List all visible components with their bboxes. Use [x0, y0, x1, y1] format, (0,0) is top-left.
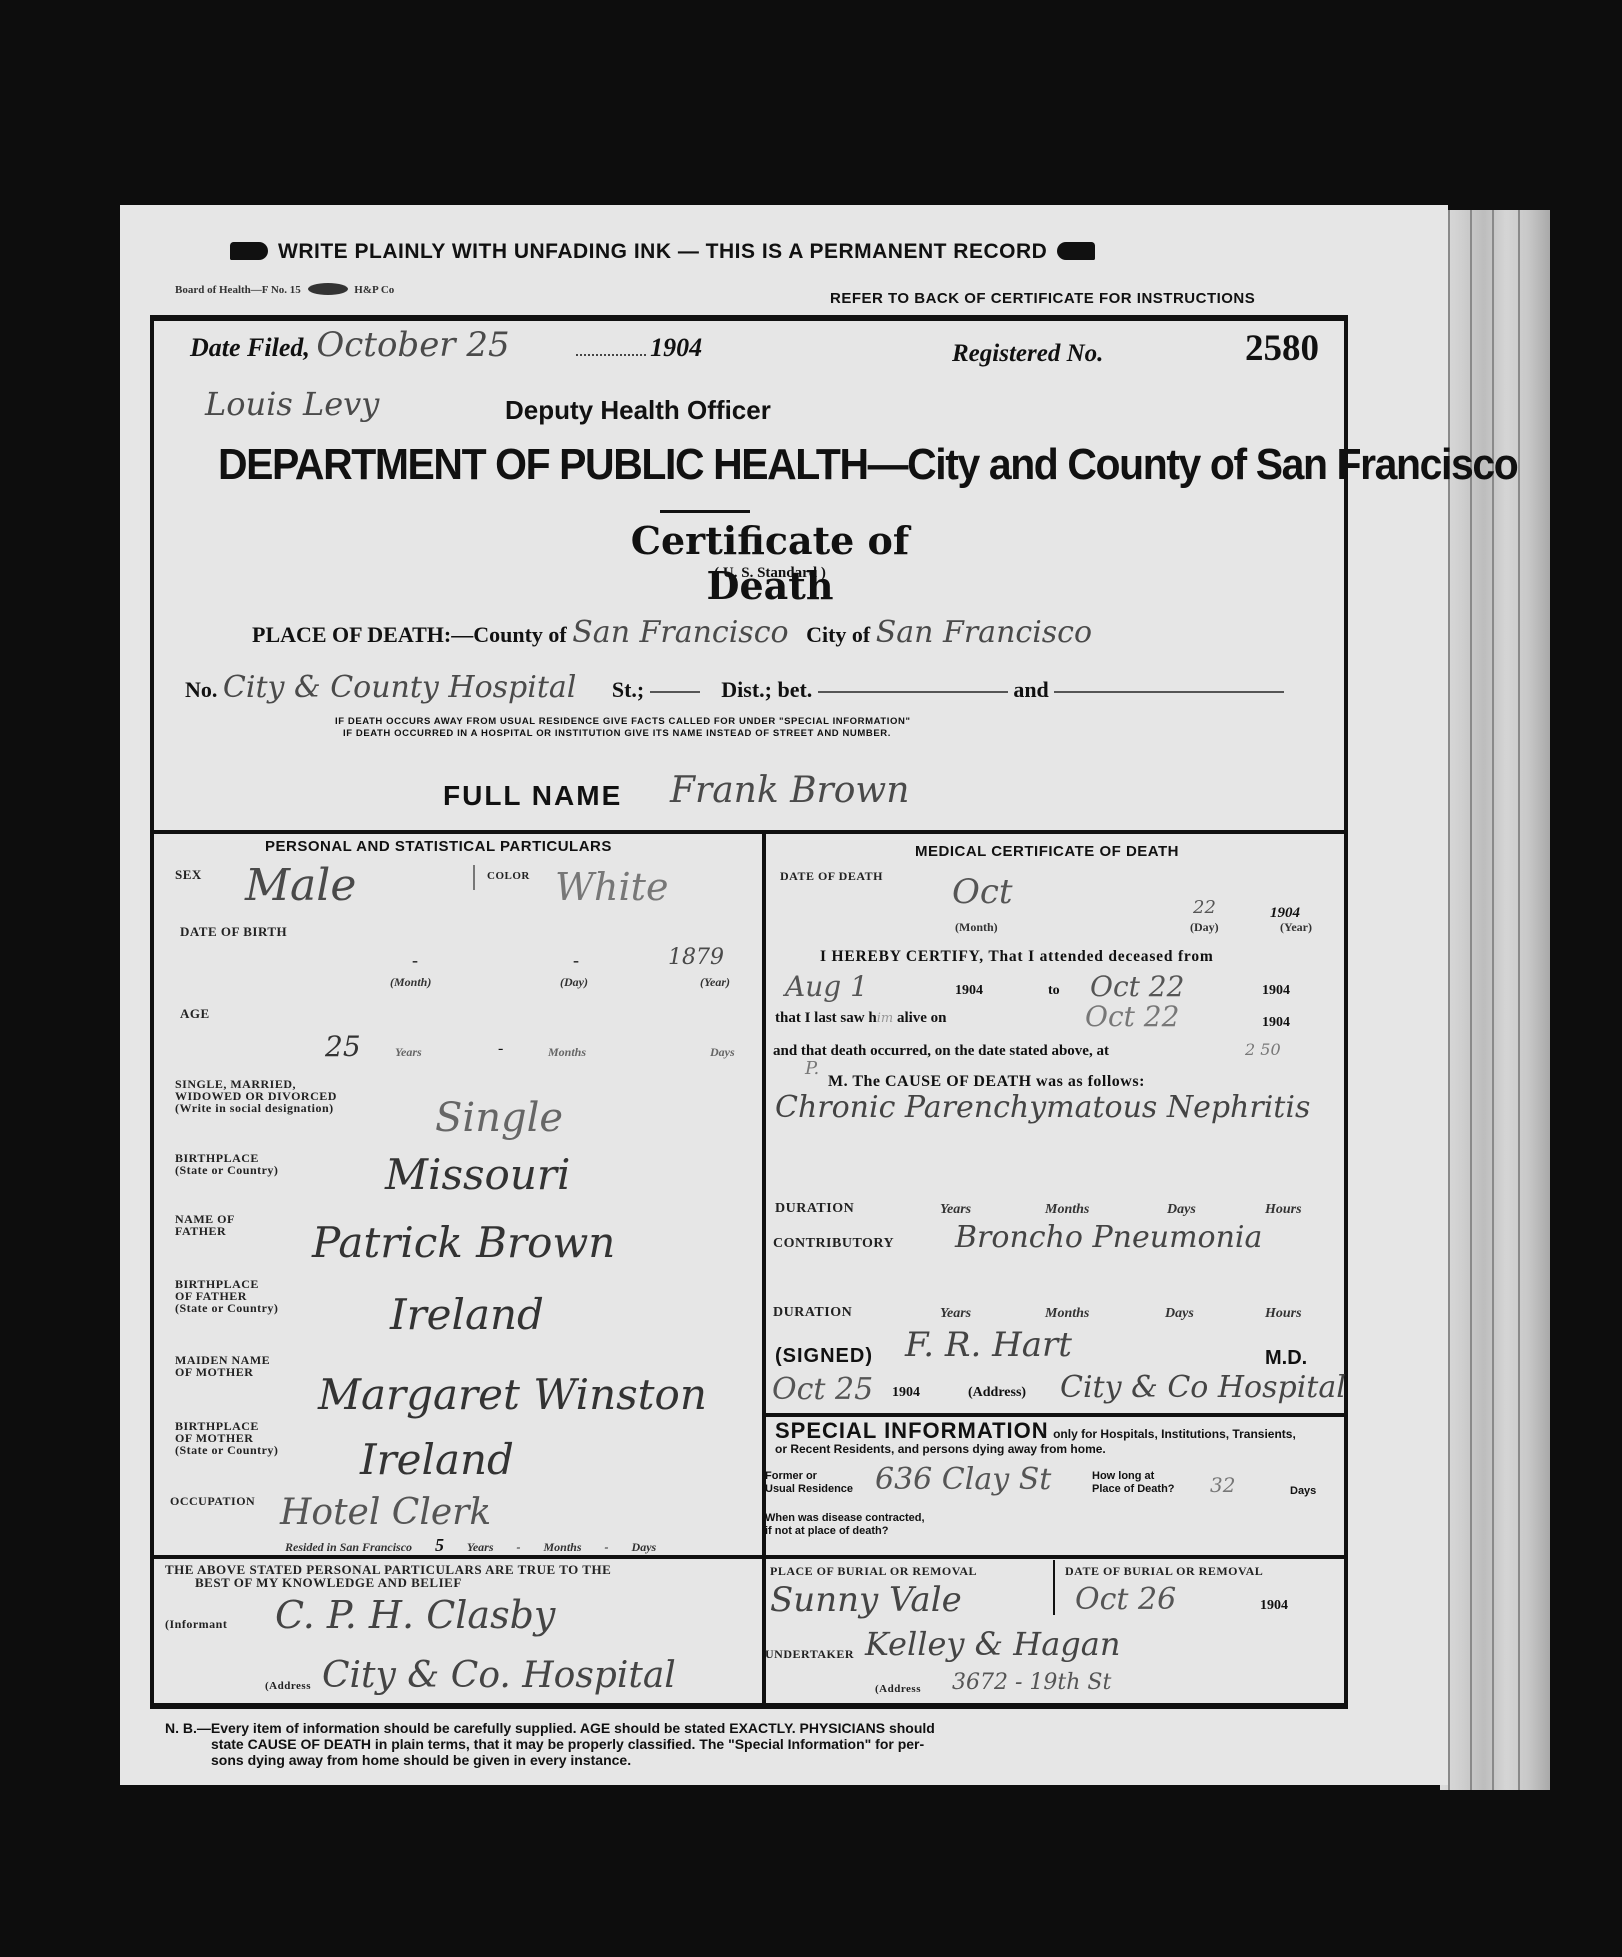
marital-value: Single [435, 1095, 563, 1141]
how-long-label: How long at Place of Death? [1092, 1470, 1175, 1496]
death-occurred-text: and that death occurred, on the date sta… [773, 1043, 1109, 1060]
cause-value: Chronic Parenchymatous Nephritis [775, 1090, 1310, 1125]
year-caption: (Year) [700, 975, 730, 990]
county-label: PLACE OF DEATH:—County of [252, 622, 567, 647]
burial-place-value: Sunny Vale [770, 1580, 962, 1620]
officer-title: Deputy Health Officer [505, 395, 771, 426]
occupation-value: Hotel Clerk [280, 1492, 491, 1533]
full-name-value: Frank Brown [670, 770, 909, 811]
department-title: DEPARTMENT OF PUBLIC HEALTH—City and Cou… [218, 440, 1517, 490]
meridiem: P. [805, 1058, 819, 1079]
personal-heading: PERSONAL AND STATISTICAL PARTICULARS [265, 838, 612, 855]
banner: WRITE PLAINLY WITH UNFADING INK — THIS I… [230, 240, 1320, 264]
informant-address: City & Co. Hospital [322, 1655, 676, 1696]
residence-label: Former or Usual Residence [765, 1470, 853, 1496]
day-caption: (Day) [560, 975, 588, 990]
months-caption: Months [548, 1045, 586, 1060]
and-label: and [1013, 677, 1048, 702]
how-long-value: 32 [1210, 1473, 1235, 1497]
full-name-label: FULL NAME [443, 780, 622, 812]
mother-value: Margaret Winston [318, 1370, 707, 1419]
special-heading: SPECIAL INFORMATION [775, 1418, 1049, 1443]
attended-to: Oct 22 [1090, 970, 1184, 1003]
duration-hours: Hours [1265, 1202, 1302, 1218]
color-value: White [555, 865, 668, 909]
refer-note: REFER TO BACK OF CERTIFICATE FOR INSTRUC… [830, 290, 1255, 307]
union-label-icon [308, 283, 348, 295]
resided-days: - [605, 1540, 609, 1554]
date-filed-row: Date Filed, October 25 1904 [190, 325, 702, 365]
age-label: AGE [180, 1007, 210, 1020]
special-divider [764, 1413, 1348, 1417]
occupation-label: OCCUPATION [170, 1495, 255, 1508]
duration-days: Days [1167, 1202, 1196, 1218]
last-saw-year: 1904 [1262, 1015, 1290, 1031]
duration-label: DURATION [775, 1202, 854, 1215]
undertaker-address: 3672 - 19th St [952, 1670, 1111, 1695]
duration2-years: Years [940, 1306, 971, 1322]
father-birthplace-value: Ireland [390, 1290, 544, 1339]
hospital-value: City & County Hospital [223, 670, 576, 705]
dob-month: - [412, 950, 418, 971]
duration-months: Months [1045, 1202, 1089, 1218]
mother-label: MAIDEN NAME OF MOTHER [175, 1354, 270, 1378]
death-time: 2 50 [1245, 1040, 1281, 1059]
md-label: M.D. [1265, 1347, 1307, 1370]
st-label: St.; [612, 677, 644, 702]
years-caption: Years [395, 1045, 422, 1060]
registered-number: 2580 [1245, 327, 1319, 370]
signed-date: Oct 25 [772, 1372, 873, 1407]
informant-label: (Informant [165, 1618, 227, 1631]
signed-address: City & Co Hospital [1060, 1370, 1346, 1405]
city-value: San Francisco [876, 615, 1092, 650]
attended-from: Aug 1 [785, 970, 868, 1003]
registered-label: Registered No. [952, 340, 1103, 368]
certificate-title: Certificate of Death [570, 518, 970, 608]
undertaker-value: Kelley & Hagan [865, 1625, 1120, 1663]
signed-label: (SIGNED) [775, 1345, 873, 1368]
banner-text: WRITE PLAINLY WITH UNFADING INK — THIS I… [278, 240, 1047, 263]
month-caption: (Month) [390, 975, 431, 990]
birthplace-label: BIRTHPLACE (State or Country) [175, 1152, 278, 1176]
place-of-death-row: PLACE OF DEATH:—County of San Francisco … [252, 615, 1092, 650]
date-filed-label: Date Filed, [190, 333, 310, 362]
father-label: NAME OF FATHER [175, 1213, 235, 1237]
informant-value: C. P. H. Clasby [275, 1593, 555, 1637]
dob-label: DATE OF BIRTH [180, 925, 287, 938]
last-saw-date: Oct 22 [1085, 1000, 1179, 1033]
signed-address-label: (Address) [968, 1385, 1026, 1401]
dob-year: 1879 [668, 945, 724, 970]
age-years: 25 [325, 1030, 361, 1063]
sex-value: Male [245, 860, 356, 911]
dod-day-caption: (Day) [1190, 920, 1219, 935]
pointing-hand-icon [230, 242, 268, 260]
marital-label: SINGLE, MARRIED, WIDOWED OR DIVORCED (Wr… [175, 1078, 337, 1114]
special-heading-row: SPECIAL INFORMATION only for Hospitals, … [775, 1418, 1296, 1444]
sex-label: SEX [175, 868, 202, 881]
burial-column-divider [1053, 1560, 1055, 1615]
special-heading-note: only for Hospitals, Institutions, Transi… [1053, 1427, 1296, 1441]
duration2-months: Months [1045, 1306, 1089, 1322]
us-standard: ( U. S. Standard ) [570, 565, 970, 582]
special-subnote: or Recent Residents, and persons dying a… [775, 1442, 1106, 1456]
date-filed-value: October 25 [316, 325, 509, 365]
undertaker-address-label: (Address [875, 1683, 921, 1696]
to-label: to [1048, 983, 1060, 999]
dod-month-caption: (Month) [955, 920, 998, 935]
resided-years: 5 [435, 1535, 444, 1555]
burial-place-label: PLACE OF BURIAL OR REMOVAL [770, 1565, 977, 1578]
dod-year-caption: (Year) [1280, 920, 1312, 935]
contracted-label: When was disease contracted, if not at p… [765, 1512, 925, 1538]
duration-years: Years [940, 1202, 971, 1218]
birthplace-value: Missouri [385, 1150, 570, 1199]
burial-date-value: Oct 26 [1075, 1582, 1176, 1617]
color-label: COLOR [487, 870, 530, 883]
county-value: San Francisco [572, 615, 788, 650]
city-label: City of [806, 622, 870, 647]
dob-day: - [573, 950, 579, 971]
attended-to-year: 1904 [1262, 983, 1290, 999]
lower-divider-left [150, 1555, 764, 1559]
resided-months: - [517, 1540, 521, 1554]
duration2-days: Days [1165, 1306, 1194, 1322]
certify-text: I HEREBY CERTIFY, That I attended deceas… [820, 948, 1214, 966]
resided-label: Resided in San Francisco [285, 1540, 412, 1554]
dist-label: Dist.; bet. [721, 677, 812, 702]
how-long-days: Days [1290, 1485, 1316, 1497]
title-divider [660, 510, 750, 513]
contributory-value: Broncho Pneumonia [955, 1220, 1262, 1255]
residence-value: 636 Clay St [875, 1462, 1051, 1497]
dod-label: DATE OF DEATH [780, 870, 883, 883]
dod-day: 22 [1193, 897, 1216, 918]
place-note: IF DEATH OCCURS AWAY FROM USUAL RESIDENC… [335, 716, 911, 740]
column-divider [762, 832, 766, 1707]
informant-address-label: (Address [265, 1680, 311, 1693]
last-saw-row: that I last saw him alive on [775, 1010, 947, 1027]
informant-statement: THE ABOVE STATED PERSONAL PARTICULARS AR… [165, 1563, 611, 1589]
mother-birthplace-value: Ireland [360, 1435, 514, 1484]
signed-by: F. R. Hart [905, 1325, 1072, 1365]
footnote: N. B.—Every item of information should b… [165, 1720, 935, 1768]
burial-divider [764, 1555, 1348, 1559]
father-value: Patrick Brown [312, 1218, 615, 1267]
form-number: Board of Health—F No. 15 H&P Co [175, 283, 394, 296]
burial-year: 1904 [1260, 1598, 1288, 1614]
bottom-frame-line [150, 1703, 1348, 1709]
medical-heading: MEDICAL CERTIFICATE OF DEATH [915, 843, 1179, 860]
duration2-hours: Hours [1265, 1306, 1302, 1322]
father-birthplace-label: BIRTHPLACE OF FATHER (State or Country) [175, 1278, 278, 1314]
attended-from-year: 1904 [955, 983, 983, 999]
duration2-label: DURATION [773, 1306, 852, 1319]
undertaker-label: UNDERTAKER [765, 1648, 854, 1661]
age-months: - [498, 1040, 503, 1058]
no-label: No. [185, 677, 217, 702]
resided-row: Resided in San Francisco 5 Years - Month… [285, 1535, 656, 1556]
cause-text: M. The CAUSE OF DEATH was as follows: [828, 1073, 1145, 1091]
pointing-hand-icon [1057, 242, 1095, 260]
signed-year: 1904 [892, 1385, 920, 1401]
street-row: No. City & County Hospital St.; Dist.; b… [185, 670, 1284, 705]
burial-date-label: DATE of BURIAL or REMOVAL [1065, 1565, 1263, 1578]
date-filed-year: 1904 [650, 333, 702, 362]
dod-month: Oct [952, 872, 1013, 912]
section-divider [150, 830, 1348, 834]
officer-signature: Louis Levy [205, 385, 379, 423]
mother-birthplace-label: BIRTHPLACE OF MOTHER (State or Country) [175, 1420, 278, 1456]
days-caption: Days [710, 1045, 735, 1060]
contributory-label: CONTRIBUTORY [773, 1237, 894, 1250]
